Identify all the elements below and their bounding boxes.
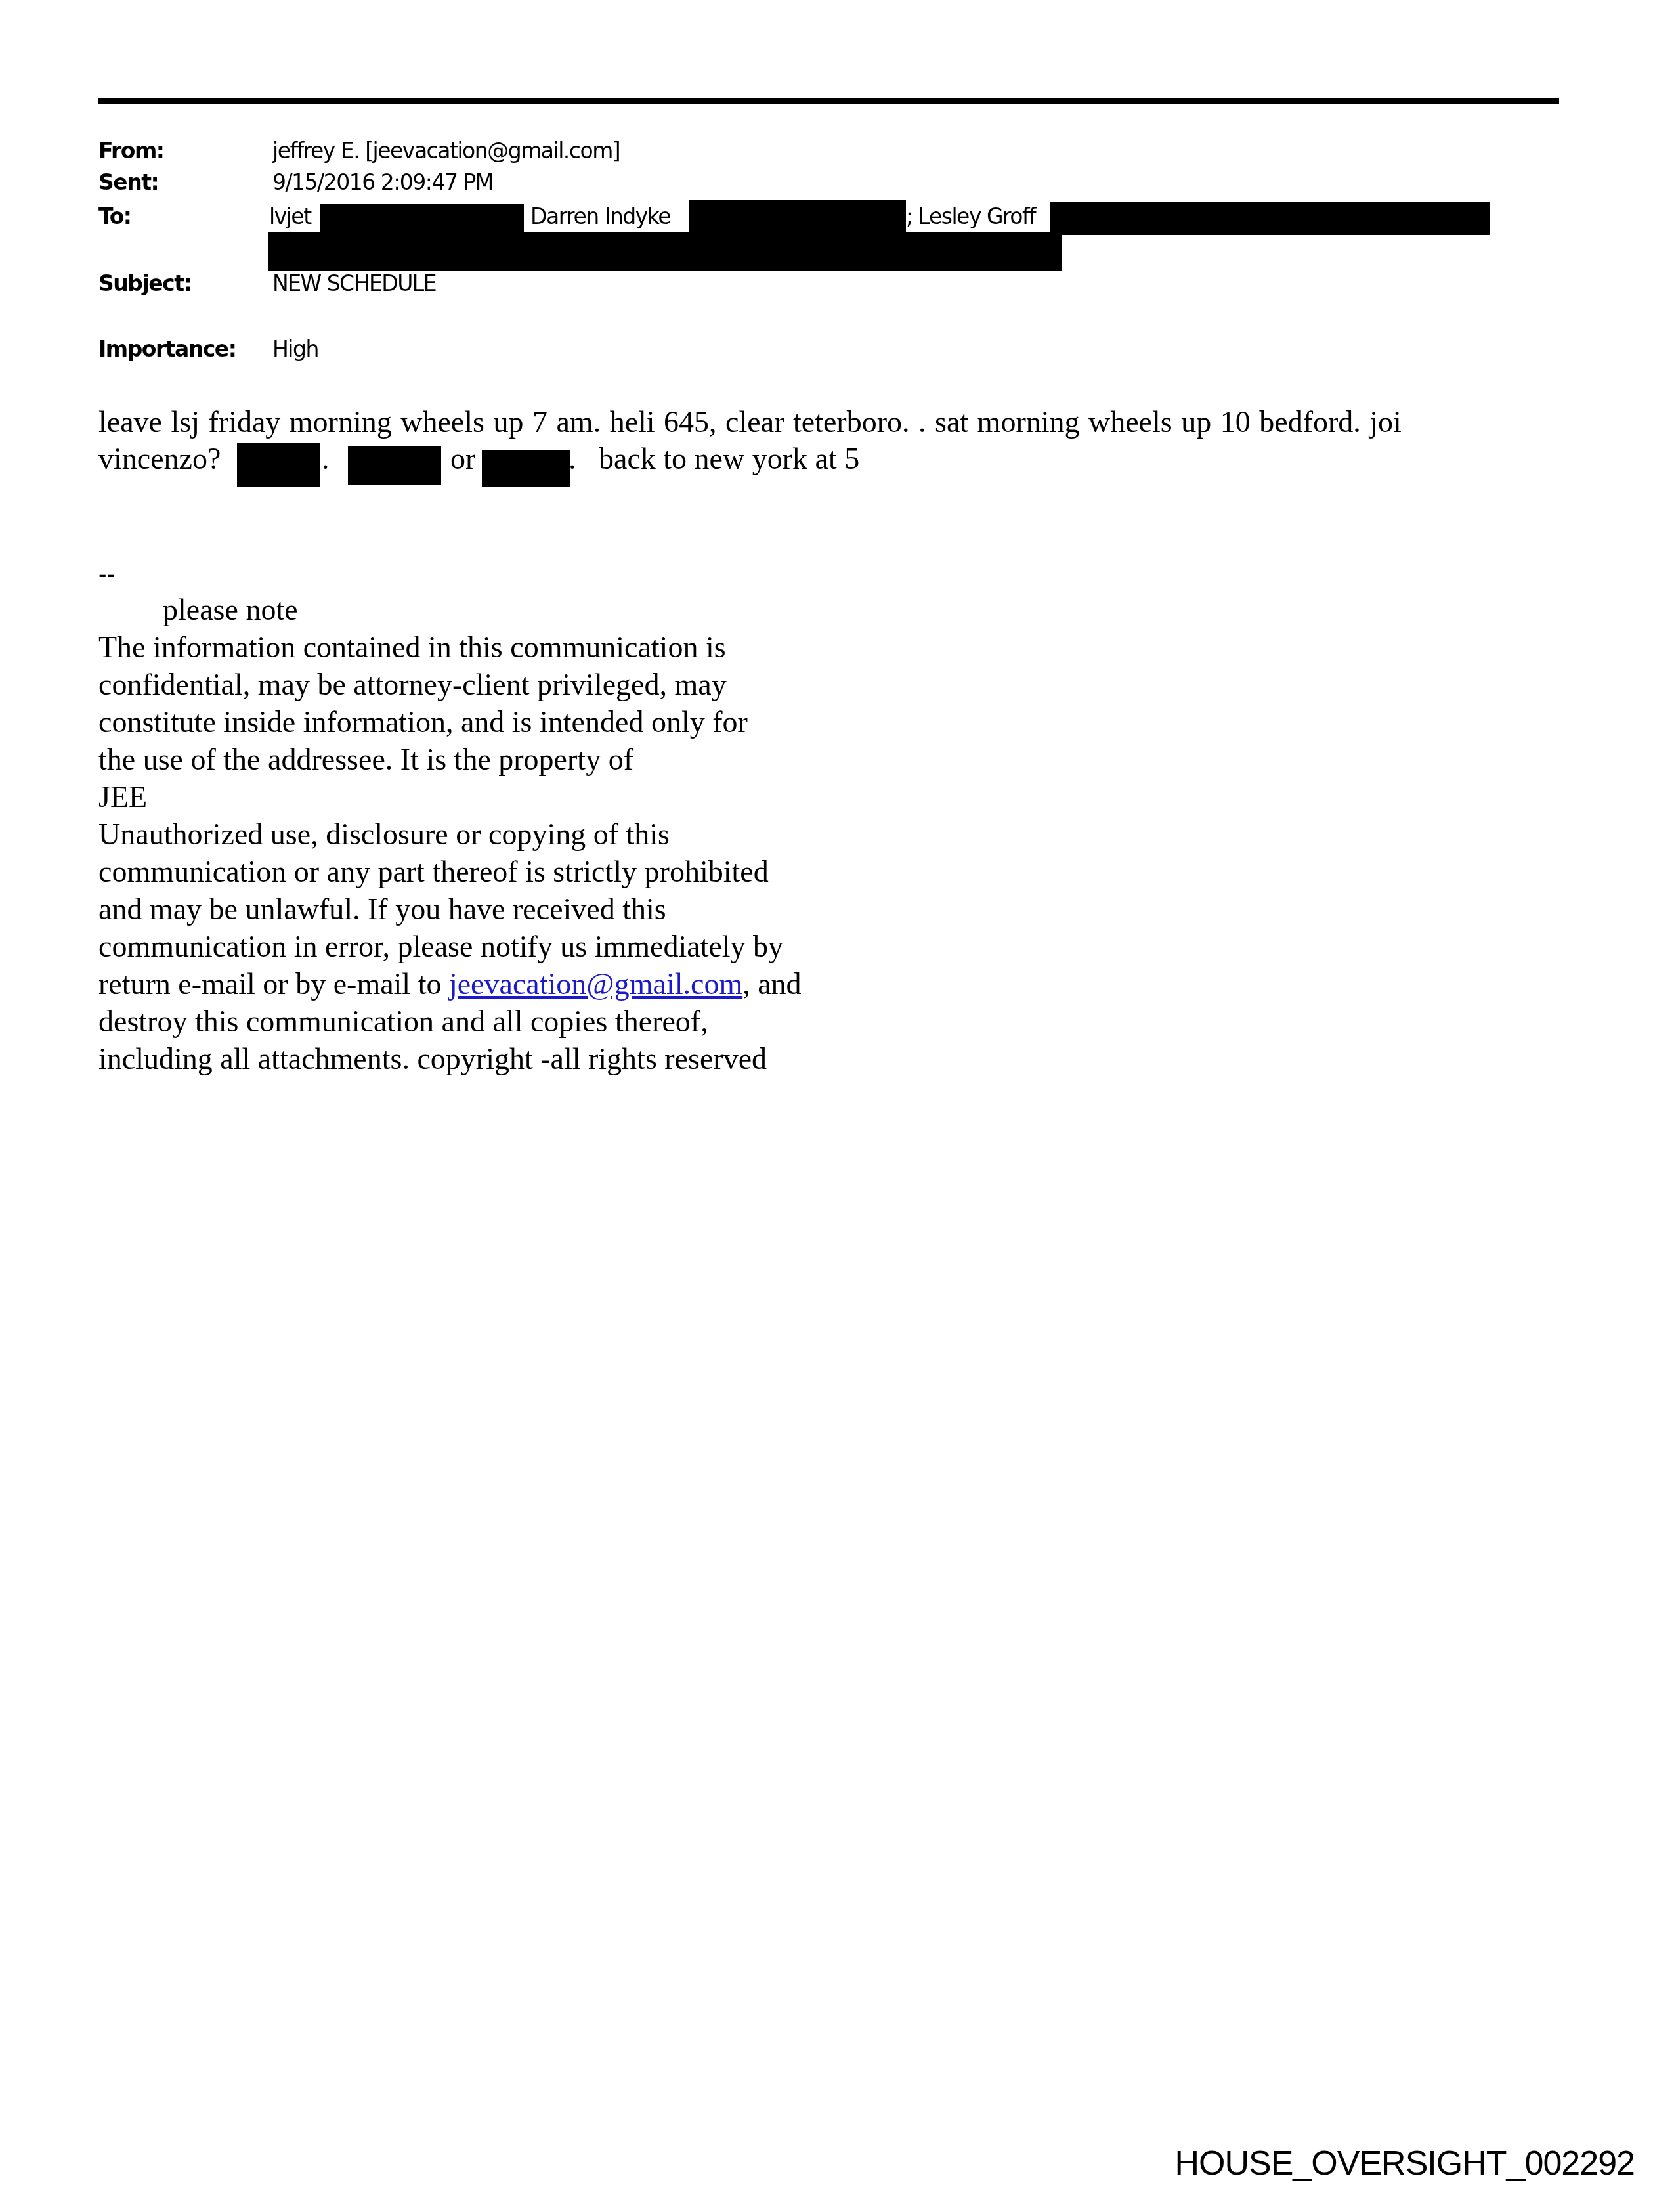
- disclaimer-line: and may be unlawful. If you have receive…: [98, 890, 666, 928]
- disclaimer-line: including all attachments. copyright -al…: [98, 1040, 767, 1077]
- importance-label: Importance:: [98, 336, 236, 362]
- subject-value: NEW SCHEDULE: [272, 271, 436, 297]
- header-rule: [98, 98, 1559, 104]
- disclaimer-line: communication or any part thereof is str…: [98, 853, 769, 890]
- to-label: To:: [98, 204, 131, 230]
- bates-number: HOUSE_OVERSIGHT_002292: [1174, 2144, 1635, 2183]
- disclaimer-line: return e-mail or by e-mail to jeevacatio…: [98, 965, 802, 1003]
- body-line-2: vincenzo?: [98, 440, 221, 477]
- redaction-box: [237, 443, 320, 487]
- disclaimer-line: Unauthorized use, disclosure or copying …: [98, 815, 670, 853]
- disclaimer-line: confidential, may be attorney-client pri…: [98, 666, 727, 703]
- sent-value: 9/15/2016 2:09:47 PM: [272, 169, 493, 196]
- body-line-1: leave lsj friday morning wheels up 7 am.…: [98, 403, 1402, 441]
- body-text-segment: or: [450, 440, 475, 477]
- signature-dashes: --: [98, 557, 115, 594]
- redaction-box: [268, 232, 1062, 271]
- redaction-box: [689, 200, 906, 232]
- disclaimer-line: communication in error, please notify us…: [98, 928, 783, 965]
- body-text-segment: .: [322, 440, 330, 477]
- body-text-segment: . back to new york at 5: [569, 440, 859, 477]
- return-prefix: return e-mail or by e-mail to: [98, 967, 449, 1001]
- redaction-box: [482, 450, 570, 487]
- body-text-segment: vincenzo?: [98, 442, 221, 475]
- please-note: please note: [163, 591, 298, 628]
- sent-label: Sent:: [98, 169, 158, 196]
- to-recipient-2: Darren Indyke: [530, 204, 670, 230]
- redaction-box: [348, 446, 441, 485]
- redaction-box: [1050, 202, 1490, 235]
- email-link[interactable]: jeevacation@gmail.com: [449, 967, 742, 1001]
- disclaimer-line: destroy this communication and all copie…: [98, 1003, 708, 1040]
- redaction-box: [320, 204, 524, 232]
- disclaimer-line: JEE: [98, 778, 147, 815]
- from-value: jeffrey E. [jeevacation@gmail.com]: [272, 138, 620, 164]
- return-suffix: , and: [742, 967, 801, 1001]
- subject-label: Subject:: [98, 271, 191, 297]
- to-recipient-3: ; Lesley Groff: [906, 204, 1035, 230]
- disclaimer-line: The information contained in this commun…: [98, 628, 726, 666]
- importance-value: High: [272, 336, 318, 362]
- disclaimer-line: the use of the addressee. It is the prop…: [98, 741, 633, 778]
- from-label: From:: [98, 138, 163, 164]
- disclaimer-line: constitute inside information, and is in…: [98, 703, 748, 741]
- to-recipient-1: lvjet: [269, 204, 311, 230]
